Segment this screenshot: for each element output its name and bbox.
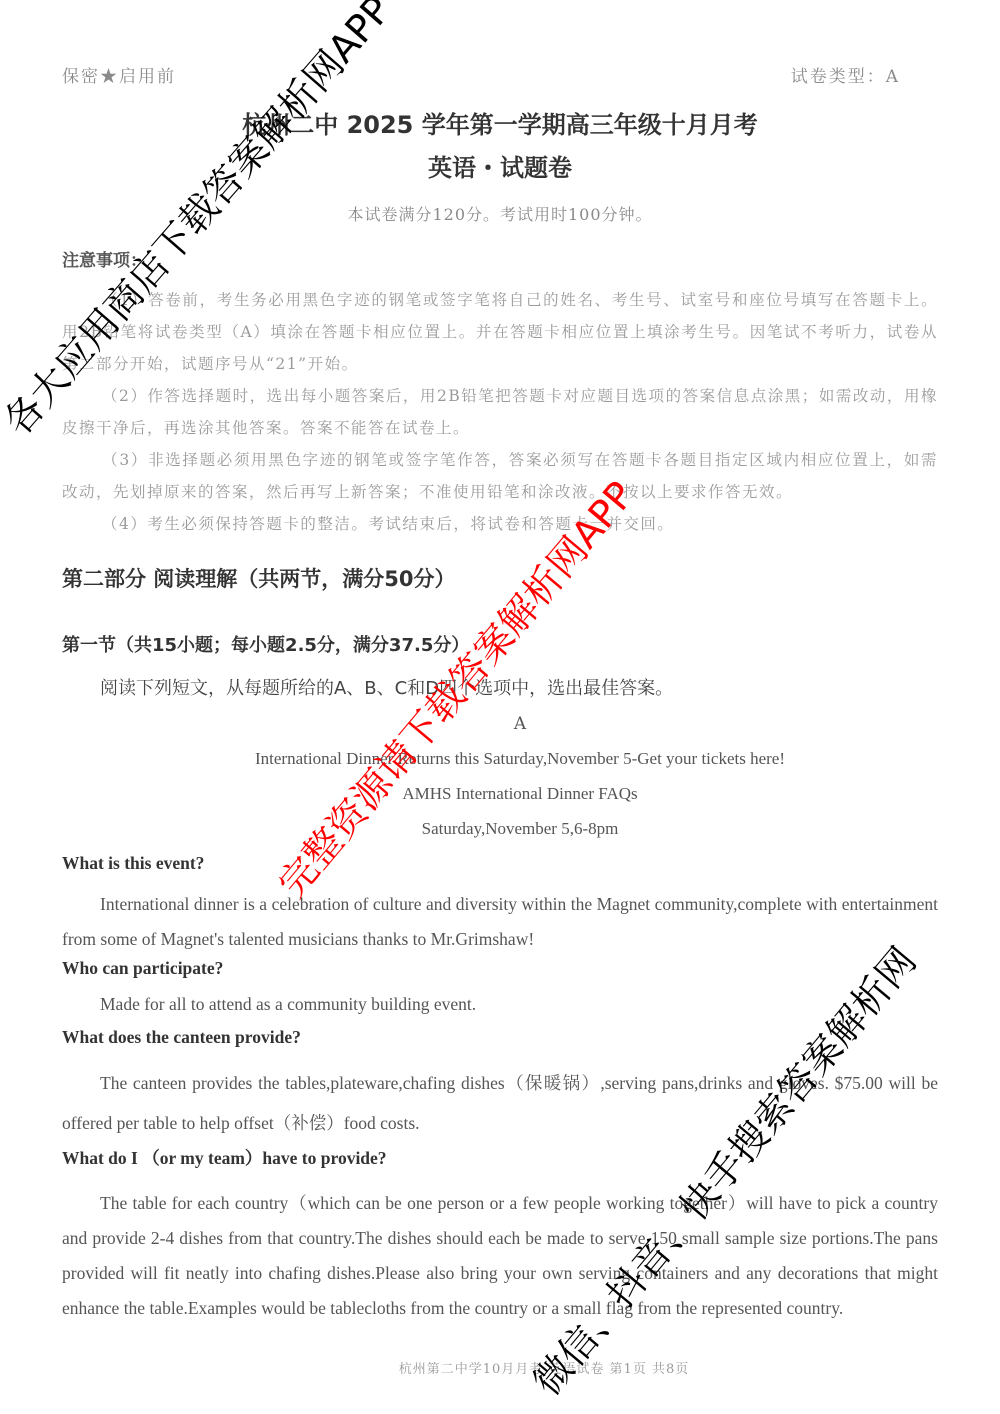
notice-text: （3）非选择题必须用黑色字迹的钢笔或签字笔作答，答案必须写在答题卡各题目指定区域…	[62, 451, 938, 501]
exam-page: 保密★启用前 试卷类型：A 杭州二中 2025 学年第一学期高三年级十月月考 英…	[0, 0, 1000, 1414]
part-heading: 第二部分 阅读理解（共两节，满分50分）	[62, 563, 456, 593]
exam-subtitle: 英语・试题卷	[0, 148, 1000, 183]
passage-letter: A	[0, 714, 1000, 734]
faq-question: What do I （or my team）have to provide?	[62, 1145, 387, 1170]
exam-title: 杭州二中 2025 学年第一学期高三年级十月月考	[0, 105, 1000, 140]
faq-question: Who can participate?	[62, 958, 223, 979]
notice-item-1: （1）答卷前，考生务必用黑色字迹的钢笔或签字笔将自己的姓名、考生号、试室号和座位…	[62, 284, 938, 380]
faq-answer-text: The table for each country（which can be …	[62, 1193, 938, 1318]
notice-item-4: （4）考生必须保持答题卡的整洁。考试结束后，将试卷和答题卡一并交回。	[62, 508, 938, 540]
passage-datetime: Saturday,November 5,6-8pm	[0, 819, 1000, 839]
faq-question: What is this event?	[62, 853, 204, 874]
faq-answer: International dinner is a celebration of…	[62, 887, 938, 957]
faq-question: What does the canteen provide?	[62, 1027, 301, 1048]
faq-answer: The canteen provides the tables,platewar…	[62, 1063, 938, 1143]
faq-answer-text: The canteen provides the tables,platewar…	[62, 1073, 938, 1133]
notice-heading: 注意事项：	[62, 246, 147, 271]
faq-answer: The table for each country（which can be …	[62, 1186, 938, 1326]
notice-text: （2）作答选择题时，选出每小题答案后，用2B铅笔把答题卡对应题目选项的答案信息点…	[62, 387, 938, 437]
faq-answer-text: Made for all to attend as a community bu…	[100, 994, 476, 1014]
confidential-label: 保密★启用前	[62, 62, 176, 87]
passage-banner: International Dinner Returns this Saturd…	[0, 749, 1000, 769]
notice-text: （1）答卷前，考生务必用黑色字迹的钢笔或签字笔将自己的姓名、考生号、试室号和座位…	[62, 291, 938, 373]
faq-answer: Made for all to attend as a community bu…	[62, 992, 938, 1016]
faq-answer-text: International dinner is a celebration of…	[62, 894, 938, 949]
page-footer: 杭州第二中学10月月考 英语试卷 第1页 共8页	[0, 1358, 1000, 1377]
paper-type-label: 试卷类型：A	[791, 62, 900, 87]
section-heading: 第一节（共15小题；每小题2.5分，满分37.5分）	[62, 631, 469, 657]
score-note: 本试卷满分120分。考试用时100分钟。	[0, 202, 1000, 225]
notice-text: （4）考生必须保持答题卡的整洁。考试结束后，将试卷和答题卡一并交回。	[102, 515, 674, 533]
section-instructions: 阅读下列短文，从每题所给的A、B、C和D四个选项中，选出最佳答案。	[100, 674, 673, 700]
notice-item-2: （2）作答选择题时，选出每小题答案后，用2B铅笔把答题卡对应题目选项的答案信息点…	[62, 380, 938, 444]
notice-item-3: （3）非选择题必须用黑色字迹的钢笔或签字笔作答，答案必须写在答题卡各题目指定区域…	[62, 444, 938, 508]
passage-faq-title: AMHS International Dinner FAQs	[0, 784, 1000, 804]
